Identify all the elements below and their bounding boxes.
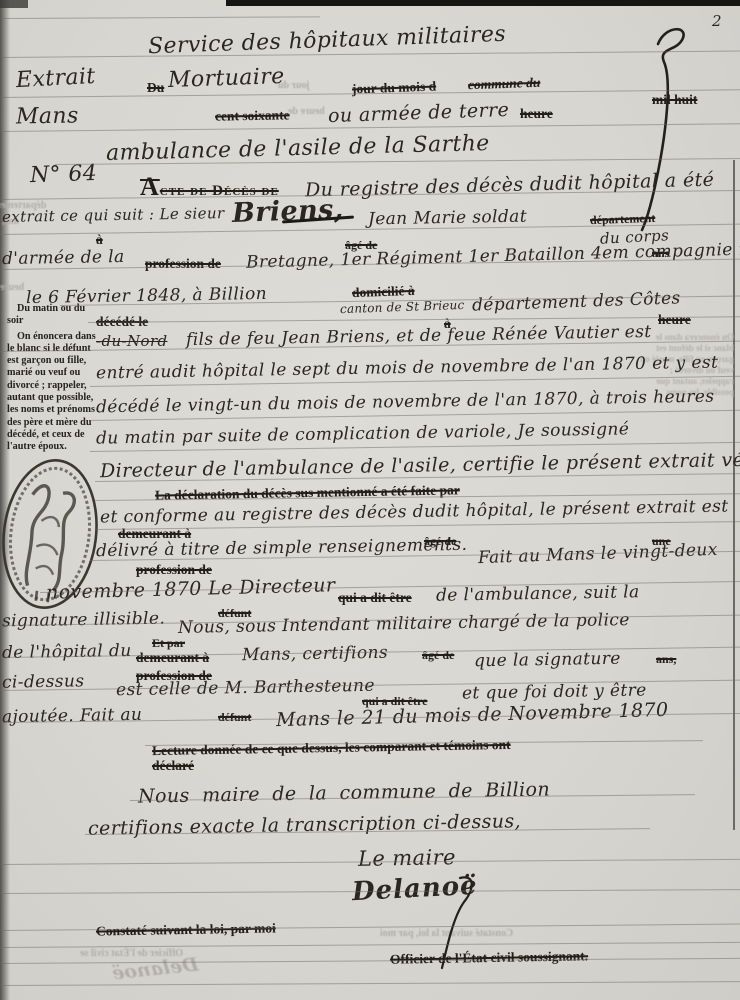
printed-cent-soixante-struck: cent soixante xyxy=(215,107,290,124)
mans-label: Mans xyxy=(16,103,79,129)
form-rule-line xyxy=(0,981,740,986)
printed-constate-struck: Constaté suivant la loi, par moi xyxy=(96,920,276,939)
printed-a-struck: à xyxy=(96,232,103,248)
page-number: 2 xyxy=(712,12,722,30)
body-line-2a: extrait ce qui suit : Le sieur xyxy=(2,204,225,226)
extrait-label: Extrait xyxy=(15,64,96,93)
mortuaire-label: Mortuaire xyxy=(168,64,285,93)
body-line-3a: d'armée de la xyxy=(2,247,125,269)
printed-mil-huit-struck: mil huit xyxy=(652,92,697,108)
printed-demeurant-struck-2: demeurant à xyxy=(136,650,209,666)
printed-domicilie-struck: domicilié à xyxy=(352,283,415,301)
printed-heure-struck-2: heure xyxy=(658,312,691,328)
printed-etpar-struck: Et par xyxy=(152,636,185,651)
du-nord-label: -du-Nord xyxy=(96,332,168,350)
printed-profession-struck-1: profession de xyxy=(145,256,221,272)
body-line-16a: de l'hôpital du xyxy=(2,641,132,663)
body-line-16c: que la signature xyxy=(474,649,621,672)
printed-officier-struck: Officier de l'État civil soussignant. xyxy=(390,948,588,967)
printed-profession-struck-2: profession de xyxy=(136,562,212,578)
printed-ans-struck-2: ans, xyxy=(656,652,676,667)
deceased-surname: Briens, xyxy=(231,194,344,229)
scan-top-bar xyxy=(226,0,740,6)
body-line-18a: ajoutée. Fait au xyxy=(2,705,143,727)
body-line-7: décédé le vingt-un du mois de novembre d… xyxy=(96,387,715,418)
body-line-4b: département des Côtes xyxy=(472,288,681,315)
le-maire-label: Le maire xyxy=(358,845,456,871)
scan-top-corner-mark xyxy=(0,0,28,8)
page-right-edge xyxy=(733,160,735,830)
body-line-3b: Bretagne, 1er Régiment 1er Bataillon 4em… xyxy=(246,239,740,272)
scanned-death-record: jour du heure de département ans, heure … xyxy=(0,0,740,1000)
printed-une-struck: une xyxy=(652,534,671,549)
printed-age-de-struck-2: âgé de xyxy=(424,534,456,549)
ou-armee-label: ou armée de terre xyxy=(328,99,510,127)
printed-defunt-struck-2: défunt xyxy=(218,710,251,725)
bleedthrough-text: heure xyxy=(0,282,24,293)
printed-declaration-struck: La déclaration du décès sus mentionné a … xyxy=(155,482,460,503)
printed-lecture-struck: Lecture donnée de ce que dessus, les com… xyxy=(152,737,511,759)
form-rule-line xyxy=(0,942,740,948)
printed-declare-struck: déclaré xyxy=(152,758,194,774)
body-line-6: entré audit hôpital le sept du mois de n… xyxy=(96,353,719,384)
form-rule-line xyxy=(0,16,320,19)
printed-margin-note: Du matin ou du soir On énoncera dans le … xyxy=(7,303,104,457)
printed-heure-struck: heure xyxy=(520,106,553,122)
body-line-15a: signature illisible. xyxy=(2,609,166,632)
printed-jour-du-mois-struck: jour du mois d xyxy=(352,79,437,98)
closing-line-1: Nous maire de la commune de Billion xyxy=(138,778,550,807)
paraph-flourish xyxy=(620,22,700,232)
printed-du-struck: Du xyxy=(147,80,164,96)
printed-quiadit-struck-1: qui a dit être xyxy=(338,590,412,606)
closing-line-2: certifions exacte la transcription ci-de… xyxy=(88,810,521,840)
bleedthrough-text: heure de xyxy=(288,106,325,117)
